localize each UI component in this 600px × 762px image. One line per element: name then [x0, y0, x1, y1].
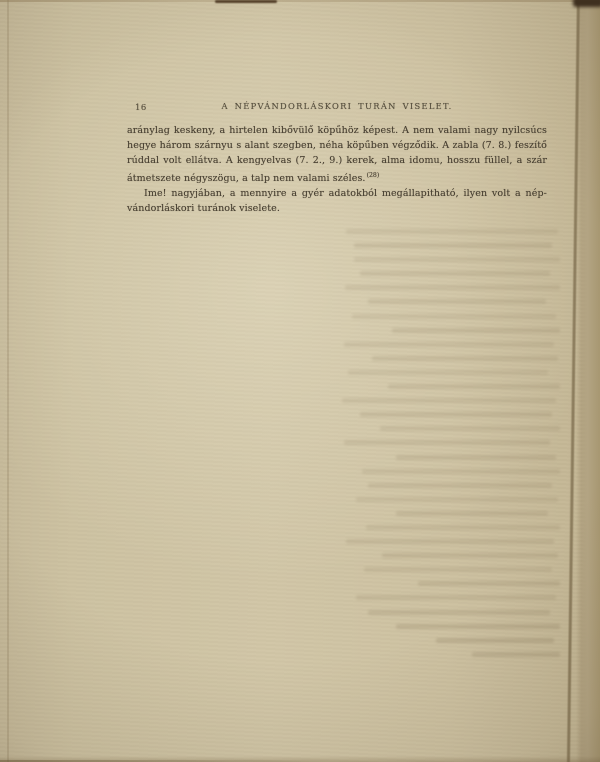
printed-page: 16 A NÉPVÁNDORLÁSKORI TURÁN VISELET. ará… [127, 101, 547, 216]
page-left-edge [7, 0, 9, 762]
body-text: aránylag keskeny, a hirtelen kibővülő kö… [127, 124, 547, 216]
text-line: Ime! nagyjában, a mennyire a gyér adatok… [127, 187, 547, 202]
text-line: aránylag keskeny, a hirtelen kibővülő kö… [127, 124, 547, 139]
page-stack-edge-right [576, 0, 600, 762]
text-line-content: átmetszete négyszögu, a talp nem valami … [127, 173, 366, 184]
text-line: vándorláskori turánok viselete. [127, 202, 547, 217]
page-number: 16 [135, 103, 147, 113]
book-top-edge [0, 0, 600, 2]
text-line: átmetszete négyszögu, a talp nem valami … [127, 169, 547, 187]
book-top-edge-shadow [215, 0, 277, 3]
running-header: A NÉPVÁNDORLÁSKORI TURÁN VISELET. [127, 101, 547, 111]
footnote-marker: (28) [367, 172, 380, 179]
book-page-scan: 16 A NÉPVÁNDORLÁSKORI TURÁN VISELET. ará… [0, 0, 600, 762]
top-right-corner-shadow [573, 0, 600, 7]
running-header-row: 16 A NÉPVÁNDORLÁSKORI TURÁN VISELET. [127, 101, 547, 113]
reverse-side-show-through [332, 229, 560, 666]
text-line: hegye három szárnyu s alant szegben, néh… [127, 139, 547, 154]
text-line: rúddal volt ellátva. A kengyelvas (7. 2.… [127, 154, 547, 169]
